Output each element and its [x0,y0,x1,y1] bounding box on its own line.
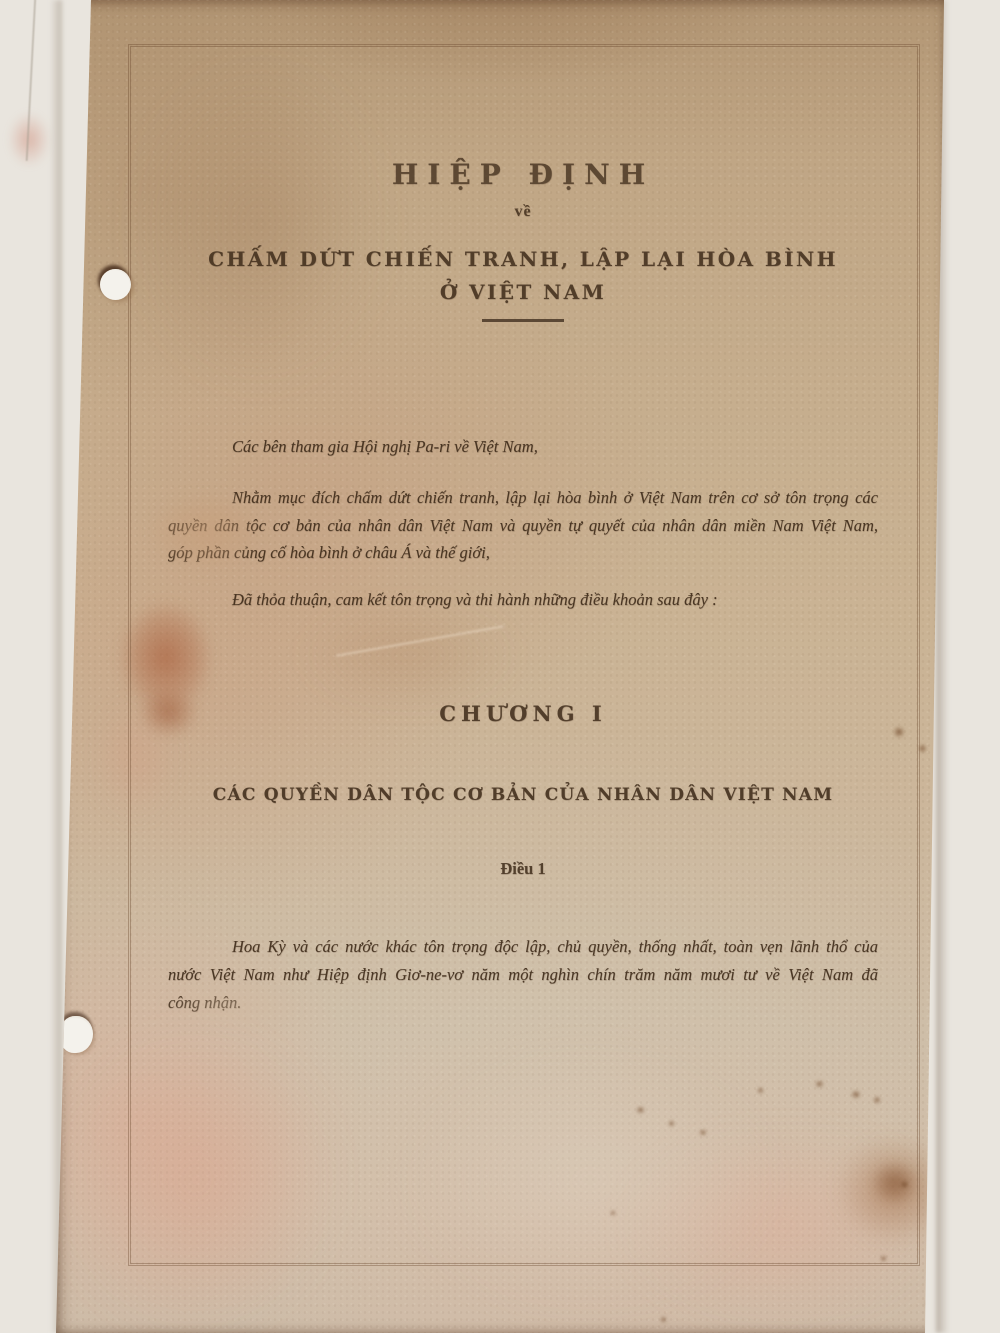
preamble-p2-line-1: Nhằm mục đích chấm dứt chiến tranh, lập … [168,484,878,512]
preamble-paragraph-3: Đã thỏa thuận, cam kết tôn trọng và thi … [168,590,878,610]
page-content: HIỆP ĐỊNH về CHẤM DỨT CHIẾN TRANH, LẬP L… [168,0,878,1333]
smudge-over-last-line [155,983,305,1031]
article-line-2: nước Việt Nam như Hiệp định Giơ-ne-vơ nă… [168,961,878,989]
preamble-p2-line-3: góp phần củng cố hòa bình ở châu Á và th… [168,539,878,567]
preamble-paragraph-2: Nhằm mục đích chấm dứt chiến tranh, lập … [168,484,878,567]
punch-hole-bottom [60,1016,93,1053]
subtitle-line-1: CHẤM DỨT CHIẾN TRANH, LẬP LẠI HÒA BÌNH [168,243,878,276]
document-subtitle: CHẤM DỨT CHIẾN TRANH, LẬP LẠI HÒA BÌNH Ở… [168,243,878,309]
subtitle-line-2: Ở VIỆT NAM [168,276,878,309]
chapter-title: CÁC QUYỀN DÂN TỘC CƠ BẢN CỦA NHÂN DÂN VI… [168,785,878,805]
preamble-paragraph-1: Các bên tham gia Hội nghị Pa-ri về Việt … [168,437,878,457]
article-line-1: Hoa Kỳ và các nước khác tôn trọng độc lậ… [168,933,878,961]
title-rule [482,319,564,322]
chapter-heading: CHƯƠNG I [168,701,878,726]
punch-hole-top [100,269,131,300]
article-heading: Điều 1 [168,859,878,879]
preamble-p2-line-2: quyền dân tộc cơ bản của nhân dân Việt N… [168,512,878,540]
title-connector: về [168,203,878,221]
smudge-over-preamble [148,492,263,572]
paper-left-shadow [48,0,62,1333]
photo-of-document: { "document": { "title_line1": "HIỆP ĐỊN… [0,0,1000,1333]
speckle [925,1300,934,1308]
document-title: HIỆP ĐỊNH [168,158,878,191]
document-page: HIỆP ĐỊNH về CHẤM DỨT CHIẾN TRANH, LẬP L… [56,0,946,1333]
